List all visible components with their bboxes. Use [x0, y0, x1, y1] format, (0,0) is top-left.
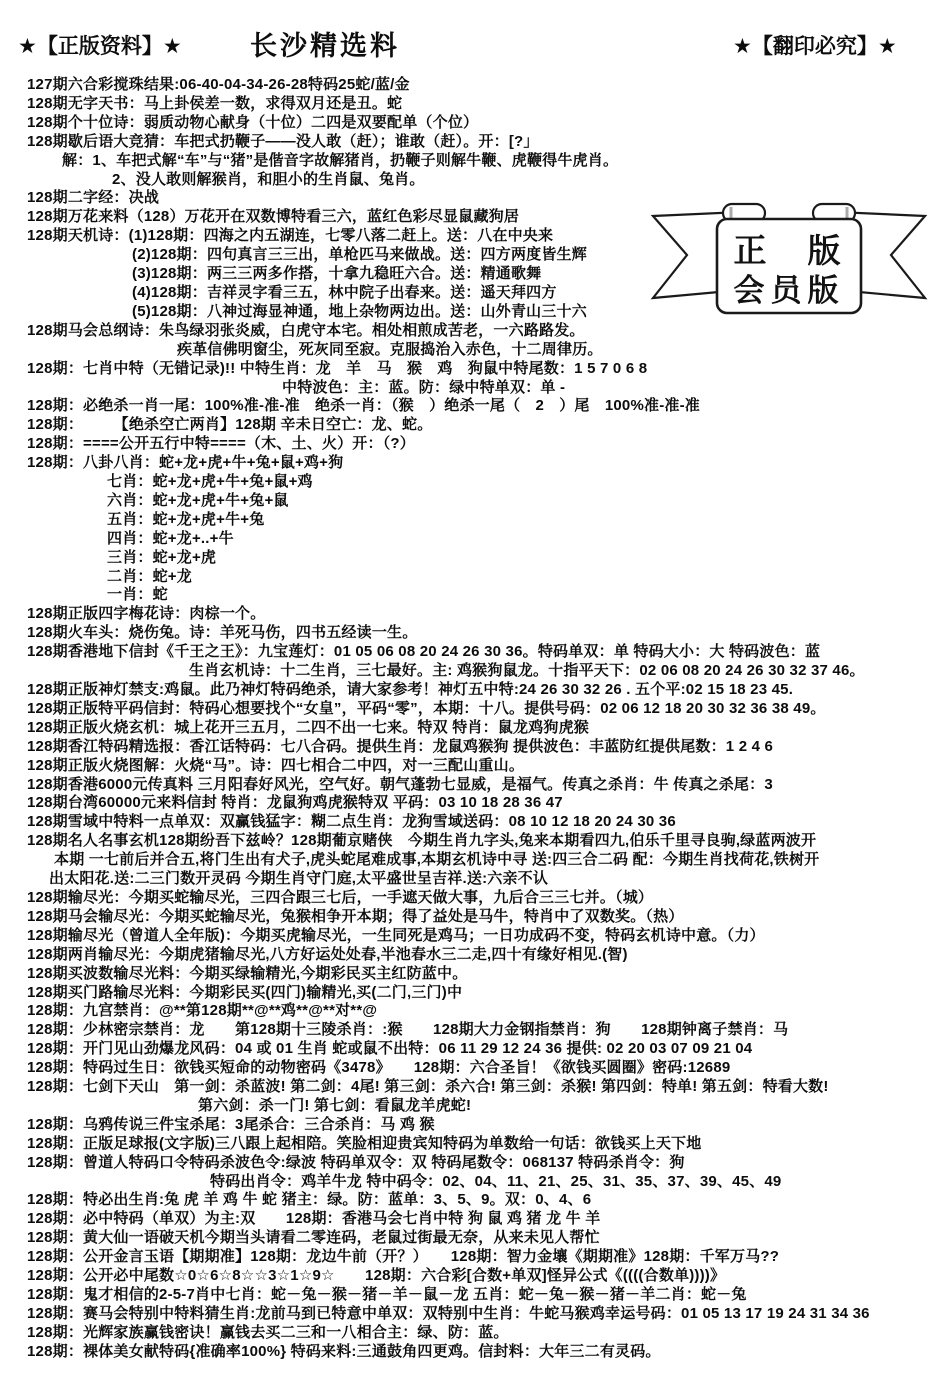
tip-line: 128期：七剑下天山 第一剑：杀蓝波! 第二剑：4尾! 第三剑：杀六合! 第三剑…	[0, 1078, 940, 1097]
tip-line: 128期香江特码精选报：香江话特码：七八合码。提供生肖：龙鼠鸡猴狗 提供波色：丰…	[0, 738, 940, 757]
tip-line: 128期：公开金言玉语【期期准】128期：龙边牛前（开？） 128期：智力金壤《…	[0, 1248, 940, 1267]
tip-line: 128期：====公开五行中特====（木、土、火）开：（?）	[0, 435, 940, 454]
tip-line: 出太阳花.送:二三门数开灵码 今期生肖守门庭,太平盛世呈吉祥.送:六亲不认	[0, 870, 940, 889]
tip-line: 128期：开门见山劲爆龙风码：04 或 01 生肖 蛇或鼠不出特：06 11 2…	[0, 1040, 940, 1059]
tip-line: 128期个十位诗：弱质动物心献身（十位）二四是双要配单（个位）	[0, 114, 940, 133]
tip-line: 128期无字天书：马上卦侯差一数，求得双月还是丑。蛇	[0, 95, 940, 114]
tip-line: 128期香港地下信封《千王之王》：九宝莲灯：01 05 06 08 20 24 …	[0, 643, 940, 662]
badge-title-line1: 正 版	[734, 231, 845, 270]
tip-line: 本期 一七前后并合五,将门生出有犬子,虎头蛇尾难成事,本期玄机诗中寻 送:四三合…	[0, 851, 940, 870]
tip-line: 128期：赛马会特别中特料猜生肖:龙前马到已特意中单双：双特别中生肖：牛蛇马猴鸡…	[0, 1305, 940, 1324]
tip-line: 第六剑：杀一门! 第七剑：看鼠龙羊虎蛇!	[0, 1097, 940, 1116]
tip-line: 128期马会输尽光：今期买蛇输尽光，兔猴相争开本期；得了益处是马牛，特肖中了双数…	[0, 908, 940, 927]
tip-line: 128期：正版足球报(文字版)三八跟上起相陪。笑脸相迎贵宾知特码为单数给一句话：…	[0, 1135, 940, 1154]
tip-line: 一肖：蛇	[0, 586, 940, 605]
tip-line: 中特波色：主：蓝。防：绿中特单双：单 -	[0, 379, 940, 398]
tip-line: 128期正版火烧图解：火烧“马”。诗：四七相合二中四，对一三配山重山。	[0, 757, 940, 776]
tip-line: 128期：黄大仙一语破天机今期当头请看二零连码，老鼠过街最无奈，从来未见人帮忙	[0, 1229, 940, 1248]
tip-line: 128期：八卦八肖：蛇+龙+虎+牛+兔+鼠+鸡+狗	[0, 454, 940, 473]
tip-line: 128期：鬼才相信的2-5-7肖中七肖：蛇－兔－猴－猪－羊－鼠－龙 五肖：蛇－兔…	[0, 1286, 940, 1305]
tip-line: 128期买门路输尽光料：今期彩民买(四门)输精光,买(二门,三门)中	[0, 984, 940, 1003]
sheet: { "header": { "left": "★【正版资料】★", "title…	[0, 0, 940, 1388]
tip-line: 128期两肖输尽光：今期虎猪输尽光,八方好运处处春,半池春水三二走,四十有缘好相…	[0, 946, 940, 965]
tip-line: 128期歇后语大竞猜：车把式扔鞭子——没人敢（赶）；谁敢（赶）。开：[?」	[0, 133, 940, 152]
tip-line: 128期：必绝杀一肖一尾：100%准-准-准 绝杀一肖：（猴 ）绝杀一尾（ 2 …	[0, 397, 940, 416]
tip-line: 128期：公开必中尾数☆0☆6☆8☆☆3☆1☆9☆ 128期：六合彩[合数+单双…	[0, 1267, 940, 1286]
page-title: 长沙精选料	[250, 24, 400, 63]
tip-line: 七肖：蛇+龙+虎+牛+兔+鼠+鸡	[0, 473, 940, 492]
tip-line: 128期输尽光（曾道人全年版)：今期买虎输尽光，一生同死是鸡马；一日功成码不变，…	[0, 927, 940, 946]
tip-line: 127期六合彩搅珠结果:06-40-04-34-26-28特码25蛇/蓝/金	[0, 76, 940, 95]
tip-line: 128期：乌鸦传说三件宝杀尾：3尾杀合：三合杀肖：马 鸡 猴	[0, 1116, 940, 1135]
tip-line: 四肖：蛇+龙+..+牛	[0, 530, 940, 549]
tip-line: 128期正版四字梅花诗：肉棕一个。	[0, 605, 940, 624]
tip-line: 128期输尽光：今期买蛇输尽光，三四合跟三七后，一手遮天做大事，九后合三三七并。…	[0, 889, 940, 908]
tip-line: 128期：特必出生肖:兔 虎 羊 鸡 牛 蛇 猪主：绿。防：蓝单：3、5、9。双…	[0, 1191, 940, 1210]
tip-line: 128期正版特平码信封：特码心想要找个“女皇”，平码“零”，本期：十八。提供号码…	[0, 700, 940, 719]
tip-line: 128期：特码过生日：欲钱买短命的动物密码《3478》 128期：六合圣旨！《欲…	[0, 1059, 940, 1078]
tip-line: 128期：七肖中特（无错记录)!! 中特生肖：龙 羊 马 猴 鸡 狗鼠中特尾数：…	[0, 360, 940, 379]
badge-title-line2: 会员版	[734, 273, 845, 309]
tip-line: 128期雪域中特料一点单双：双赢钱猛字：糊二点生肖：龙狗雪域送码：08 10 1…	[0, 813, 940, 832]
tip-line: 128期香港6000元传真料 三月阳春好风光，空气好。朝气蓬勃七显威，是福气。传…	[0, 776, 940, 795]
tip-line: 128期：裸体美女献特码{准确率100%} 特码来料:三通鼓角四更鸡。信封料：大…	[0, 1343, 940, 1362]
tip-line: 128期正版神灯禁支:鸡鼠。此乃神灯特码绝杀，请大家参考！神灯五中特:24 26…	[0, 681, 940, 700]
tip-line: 128期买波数输尽光料：今期买绿输精光,今期彩民买主红防蓝中。	[0, 965, 940, 984]
tip-line: 三肖：蛇+龙+虎	[0, 549, 940, 568]
tip-line: 128期： 【绝杀空亡两肖】128期 辛未日空亡：龙、蛇。	[0, 416, 940, 435]
tip-line: 二肖：蛇+龙	[0, 568, 940, 587]
tip-line: 128期台湾60000元来料信封 特肖：龙鼠狗鸡虎猴特双 平码：03 10 18…	[0, 794, 940, 813]
tip-line: 128期：光辉家族赢钱密诀！赢钱去买二三和一八相合主：绿、防：蓝。	[0, 1324, 940, 1343]
tip-line: 2、没人敢则解猴肖，和胆小的生肖鼠、兔肖。	[0, 171, 940, 190]
tip-line: 解：1、车把式解“车”与“猪”是偕音字故解猪肖，扔鞭子则解牛鞭、虎鞭得牛虎肖。	[0, 152, 940, 171]
header-left-label: ★【正版资料】★	[18, 30, 182, 60]
tip-line: 生肖玄机诗：十二生肖，三七最好。主: 鸡猴狗鼠龙。十指平天下：02 06 08 …	[0, 662, 940, 681]
tip-line: 128期火车头：烧伤兔。诗：羊死马伤，四书五经读一生。	[0, 624, 940, 643]
tip-line: 128期：必中特码（单双）为主:双 128期：香港马会七肖中特 狗 鼠 鸡 猪 …	[0, 1210, 940, 1229]
tip-line: 128期：少林密宗禁肖：龙 第128期十三陵杀肖：:猴 128期大力金钢指禁肖：…	[0, 1021, 940, 1040]
tip-line: 128期：九宫禁肖：@**第128期**@**鸡**@**对**@	[0, 1002, 940, 1021]
tip-line: 特码出肖令：鸡羊牛龙 特中码令：02、04、11、21、25、31、35、37、…	[0, 1173, 940, 1192]
ribbon-banner-icon: 正 版 会员版	[641, 192, 937, 318]
header-right-label: ★【翻印必究】★	[733, 30, 897, 60]
tip-line: 128期正版火烧玄机：城上花开三五月，二四不出一七来。特双 特肖：鼠龙鸡狗虎猴	[0, 719, 940, 738]
tip-line: 128期名人名事玄机128期纷吾下兹岭？128期葡京赌侠 今期生肖九字头,兔来本…	[0, 832, 940, 851]
tip-line: 疾革信佛明窗尘，死灰同至寂。克服捣治入赤色，十二周律历。	[0, 341, 940, 360]
tip-line: 五肖：蛇+龙+虎+牛+兔	[0, 511, 940, 530]
authenticity-badge: 正 版 会员版	[641, 192, 937, 323]
tip-line: 128期：曾道人特码口令特码杀波色令:绿波 特码单双令：双 特码尾数令：0681…	[0, 1154, 940, 1173]
tip-line: 128期马会总纲诗：朱鸟绿羽张炎威，白虎守本宅。相处相煎成苦老，一六路路发。	[0, 322, 940, 341]
tip-line: 六肖：蛇+龙+虎+牛+兔+鼠	[0, 492, 940, 511]
